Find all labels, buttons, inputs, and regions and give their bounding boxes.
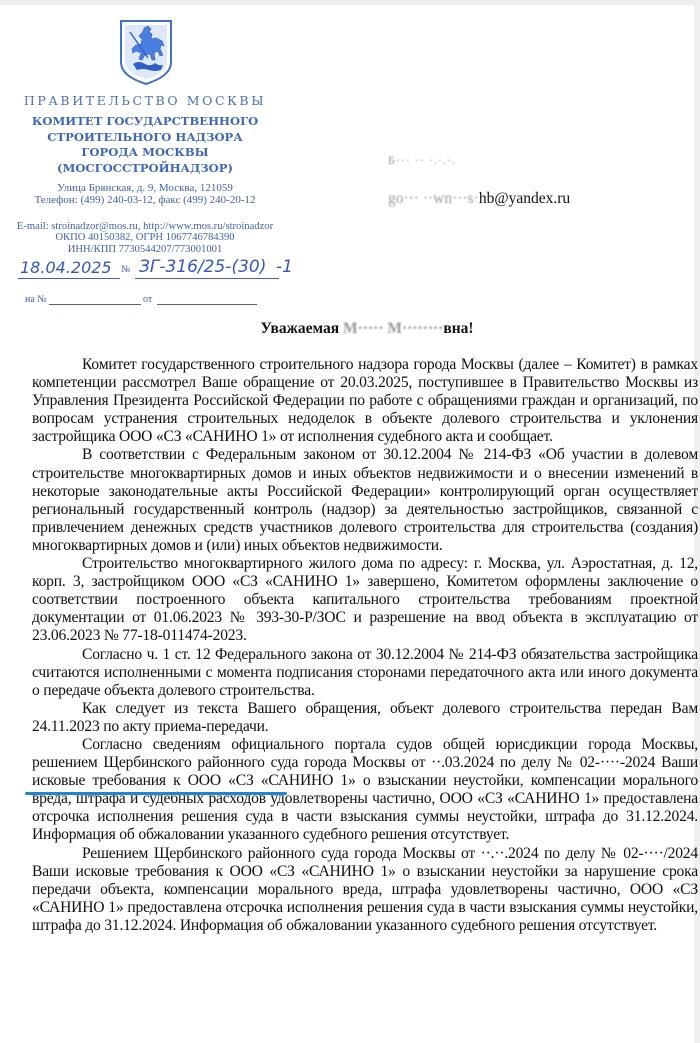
salutation-name-redacted: М····· М········ (343, 320, 443, 337)
registration-number: ЗГ-316/25-(30) (135, 256, 279, 279)
okpo-ogrn: ОКПО 40150382, ОГРН 1067746784390 (0, 232, 290, 243)
registration-line: 18.04.2025 № ЗГ-316/25-(30) -1 (18, 258, 288, 284)
committee-line: (МОСГОССТРОЙНАДЗОР) (0, 161, 290, 177)
reference-date-label: от (143, 294, 152, 305)
moscow-coat-of-arms-icon (118, 18, 174, 86)
committee-name: КОМИТЕТ ГОСУДАРСТВЕННОГО СТРОИТЕЛЬНОГО Н… (0, 114, 290, 176)
letter-body: Комитет государственного строительного н… (32, 356, 698, 935)
reference-line: на № от (25, 294, 265, 308)
paragraph-obligations: Согласно ч. 1 ст. 12 Федерального закона… (32, 646, 698, 700)
recipient-email: go··· ··wn···s·hb@yandex.ru (388, 190, 570, 208)
salutation: Уважаемая М····· М········вна! (0, 320, 694, 338)
registration-number-label: № (121, 264, 131, 275)
committee-line: ГОРОДА МОСКВЫ (0, 145, 290, 161)
salutation-prefix: Уважаемая (260, 320, 339, 337)
registration-number-suffix: -1 (276, 256, 293, 278)
paragraph-court-decision-2: Решением Щербинского районного суда горо… (32, 845, 698, 935)
reference-number-blank (49, 304, 141, 305)
recipient-email-visible: hb@yandex.ru (479, 190, 570, 207)
recipient-name-redacted: Б··· ·· ·.·.·. (388, 153, 456, 168)
email-website: E-mail: stroinadzor@mos.ru, http://www.m… (0, 221, 290, 232)
government-title: ПРАВИТЕЛЬСТВО МОСКВЫ (0, 93, 290, 108)
paragraph-construction: Строительство многоквартирного жилого до… (32, 555, 698, 645)
highlight-underline (25, 792, 287, 795)
committee-line: СТРОИТЕЛЬНОГО НАДЗОРА (0, 130, 290, 146)
registration-date: 18.04.2025 (18, 258, 120, 279)
paragraph-transfer: Как следует из текста Вашего обращения, … (32, 700, 698, 736)
committee-line: КОМИТЕТ ГОСУДАРСТВЕННОГО (0, 114, 290, 130)
paragraph-review: Комитет государственного строительного н… (32, 356, 698, 446)
inn-kpp: ИНН/КПП 7730544207/773001001 (0, 244, 290, 255)
committee-contacts: E-mail: stroinadzor@mos.ru, http://www.m… (0, 221, 290, 255)
reference-number-label: на № (25, 294, 47, 305)
reference-date-blank (157, 304, 257, 305)
committee-address: Улица Брянская, д. 9, Москва, 121059 Тел… (0, 183, 290, 206)
street-address: Улица Брянская, д. 9, Москва, 121059 (0, 183, 290, 195)
paragraph-court-decision-1: Согласно сведениям официального портала … (32, 736, 698, 845)
document-page: ПРАВИТЕЛЬСТВО МОСКВЫ КОМИТЕТ ГОСУДАРСТВЕ… (0, 5, 694, 1043)
phone-fax: Телефон: (499) 240-03-12, факс (499) 240… (0, 195, 290, 207)
salutation-suffix: вна! (443, 320, 473, 337)
paragraph-federal-law: В соответствии с Федеральным законом от … (32, 446, 698, 555)
recipient-email-redacted: go··· ··wn···s· (388, 190, 479, 207)
